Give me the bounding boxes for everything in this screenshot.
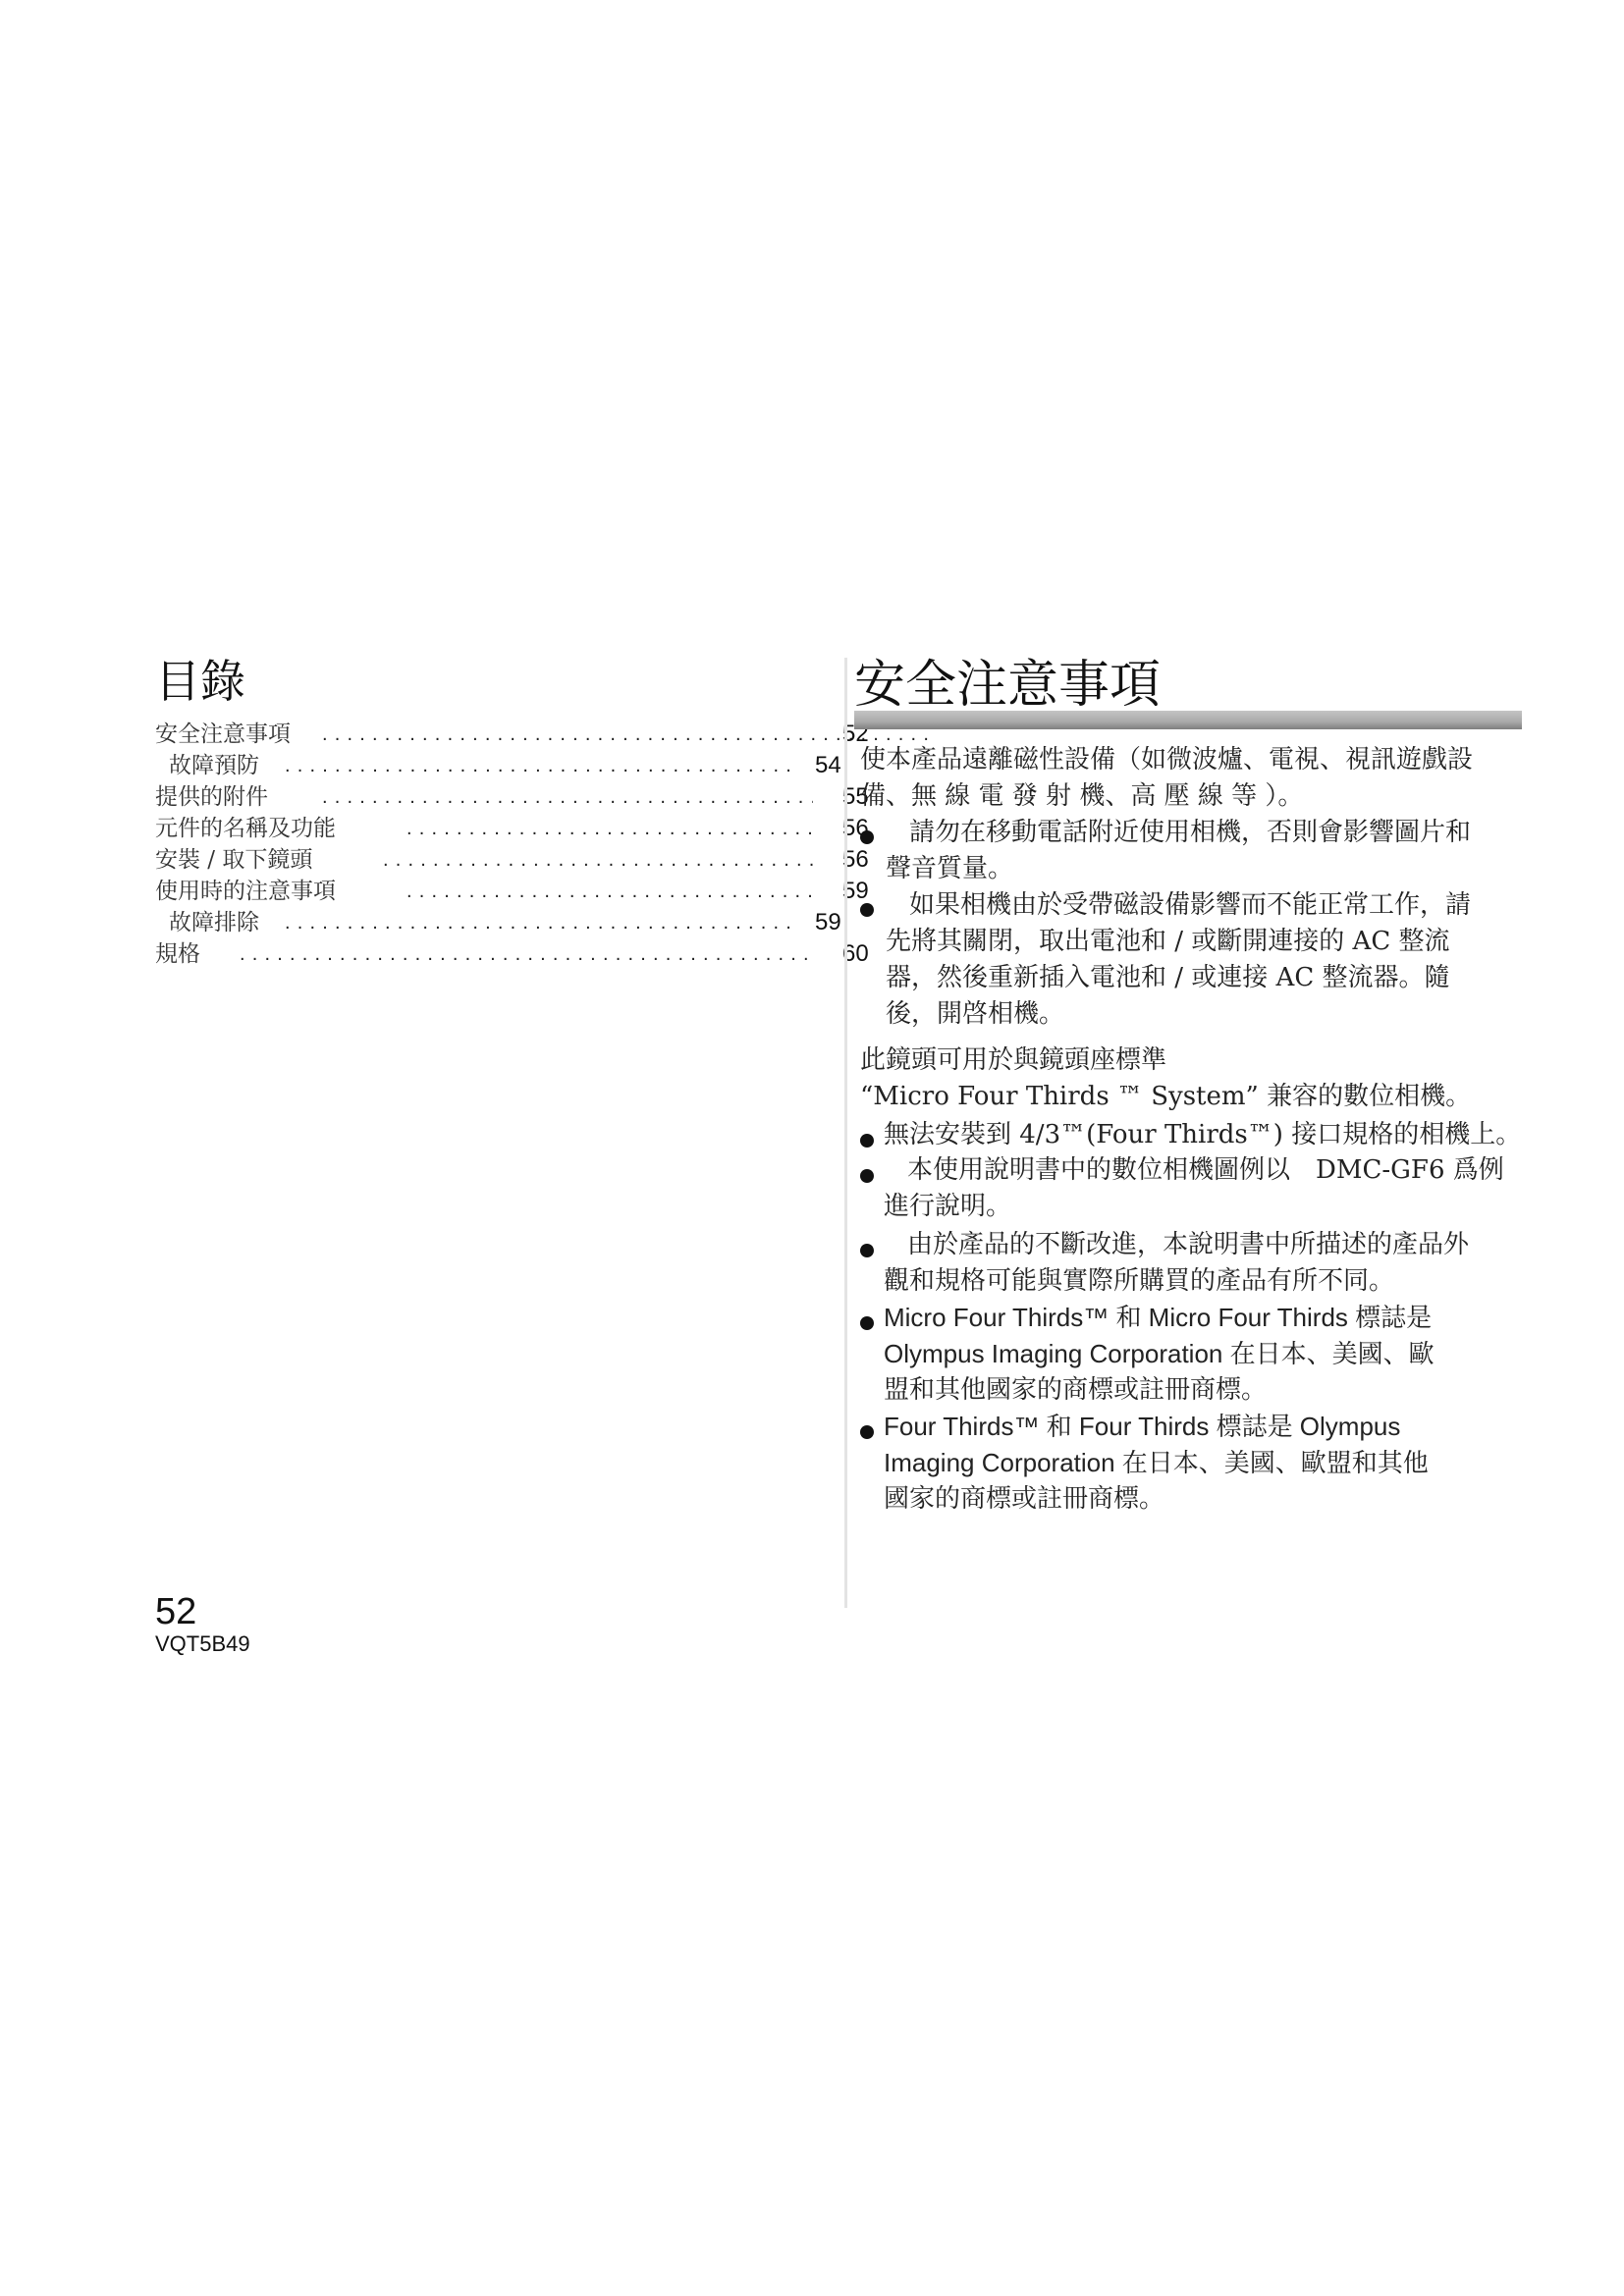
lens-bullet-line: 盟和其他國家的商標或註冊商標。: [884, 1372, 1267, 1409]
bullet-icon: [860, 1316, 874, 1330]
safety-bullet-line: 請勿在移動電話附近使用相機，否則會影響圖片和: [909, 815, 1471, 851]
toc-leader-dots: ........................................…: [285, 750, 795, 781]
safety-intro-line: 使本產品遠離磁性設備（如微波爐、電視、視訊遊戲設: [860, 742, 1473, 778]
document-code: VQT5B49: [155, 1631, 250, 1657]
bullet-icon: [860, 830, 874, 844]
toc-entry-accessories[interactable]: 提供的附件 ..................................…: [155, 781, 268, 813]
page-number: 52: [155, 1592, 196, 1631]
lens-bullet-line: Imaging Corporation 在日本、美國、歐盟和其他: [884, 1445, 1429, 1481]
toc-entry-label: 提供的附件: [155, 781, 268, 813]
toc-leader-dots: ........................................…: [322, 781, 813, 813]
safety-bullet-line: 器，然後重新插入電池和 / 或連接 AC 整流器。隨: [886, 960, 1450, 996]
lens-bullet-line: 進行說明。: [884, 1189, 1011, 1225]
toc-entry-label: 故障排除: [155, 907, 259, 938]
bullet-icon: [860, 1244, 874, 1257]
toc-entry-parts[interactable]: 元件的名稱及功能 ...............................…: [155, 813, 336, 844]
section-title: 安全注意事項: [854, 656, 1161, 715]
toc-leader-dots: ........................................…: [285, 907, 795, 938]
lens-bullet-line: 由於產品的不斷改進，本說明書中所描述的產品外: [907, 1227, 1469, 1263]
toc-entry-troubleshooting[interactable]: 故障排除 ...................................…: [155, 907, 259, 938]
lens-bullet-line: Micro Four Thirds™ 和 Micro Four Thirds 標…: [884, 1300, 1432, 1336]
lens-bullet-line: 無法安裝到 4/3™(Four Thirds™) 接口規格的相機上。: [884, 1117, 1521, 1153]
toc-entry-page: 59: [815, 907, 841, 938]
lens-compat-line: “Micro Four Thirds ™ System” 兼容的數位相機。: [860, 1079, 1471, 1115]
toc-entry-label: 使用時的注意事項: [155, 876, 336, 907]
toc-entry-safety[interactable]: 安全注意事項 .................................…: [155, 719, 291, 750]
toc-entry-label: 故障預防: [155, 750, 259, 781]
bullet-icon: [860, 1425, 874, 1439]
safety-bullet-line: 聲音質量。: [886, 851, 1013, 887]
lens-compat-line: 此鏡頭可用於與鏡頭座標準: [860, 1042, 1166, 1079]
toc-entry-specifications[interactable]: 規格 .....................................…: [155, 938, 200, 970]
lens-bullet-line: 本使用說明書中的數位相機圖例以 DMC-GF6 爲例: [907, 1152, 1504, 1189]
toc-leader-dots: ........................................…: [406, 813, 813, 844]
safety-bullet-line: 如果相機由於受帶磁設備影響而不能正常工作，請: [909, 887, 1471, 924]
lens-bullet-line: Olympus Imaging Corporation 在日本、美國、歐: [884, 1336, 1435, 1372]
safety-bullet-line: 後，開啓相機。: [886, 996, 1064, 1033]
toc-entry-page: 54: [815, 750, 841, 781]
toc-entry-usage-cautions[interactable]: 使用時的注意事項 ...............................…: [155, 876, 336, 907]
lens-bullet-line: 觀和規格可能與實際所購買的產品有所不同。: [884, 1263, 1394, 1300]
safety-bullet-line: 先將其關閉，取出電池和 / 或斷開連接的 AC 整流: [886, 924, 1450, 960]
toc-entry-label: 規格: [155, 938, 200, 970]
toc-entry-label: 元件的名稱及功能: [155, 813, 336, 844]
toc-entry-attach-lens[interactable]: 安裝 / 取下鏡頭 ..............................…: [155, 844, 312, 876]
toc-leader-dots: ........................................…: [240, 938, 813, 970]
bullet-icon: [860, 1134, 874, 1148]
toc-entry-label: 安全注意事項: [155, 719, 291, 750]
lens-bullet-line: 國家的商標或註冊商標。: [884, 1481, 1164, 1518]
title-underline-bar: [854, 711, 1522, 729]
safety-intro-line: 備、無 線 電 發 射 機、高 壓 線 等 ）。: [860, 778, 1303, 815]
lens-bullet-line: Four Thirds™ 和 Four Thirds 標誌是 Olympus: [884, 1409, 1400, 1445]
toc-leader-dots: ........................................…: [383, 844, 813, 876]
toc-title: 目錄: [155, 656, 245, 707]
toc-entry-label: 安裝 / 取下鏡頭: [155, 844, 312, 876]
toc-leader-dots: ........................................…: [406, 876, 813, 907]
column-divider: [844, 658, 847, 1608]
bullet-icon: [860, 1169, 874, 1183]
bullet-icon: [860, 903, 874, 917]
toc-entry-troubleshooting-prevention[interactable]: 故障預防 ...................................…: [155, 750, 259, 781]
